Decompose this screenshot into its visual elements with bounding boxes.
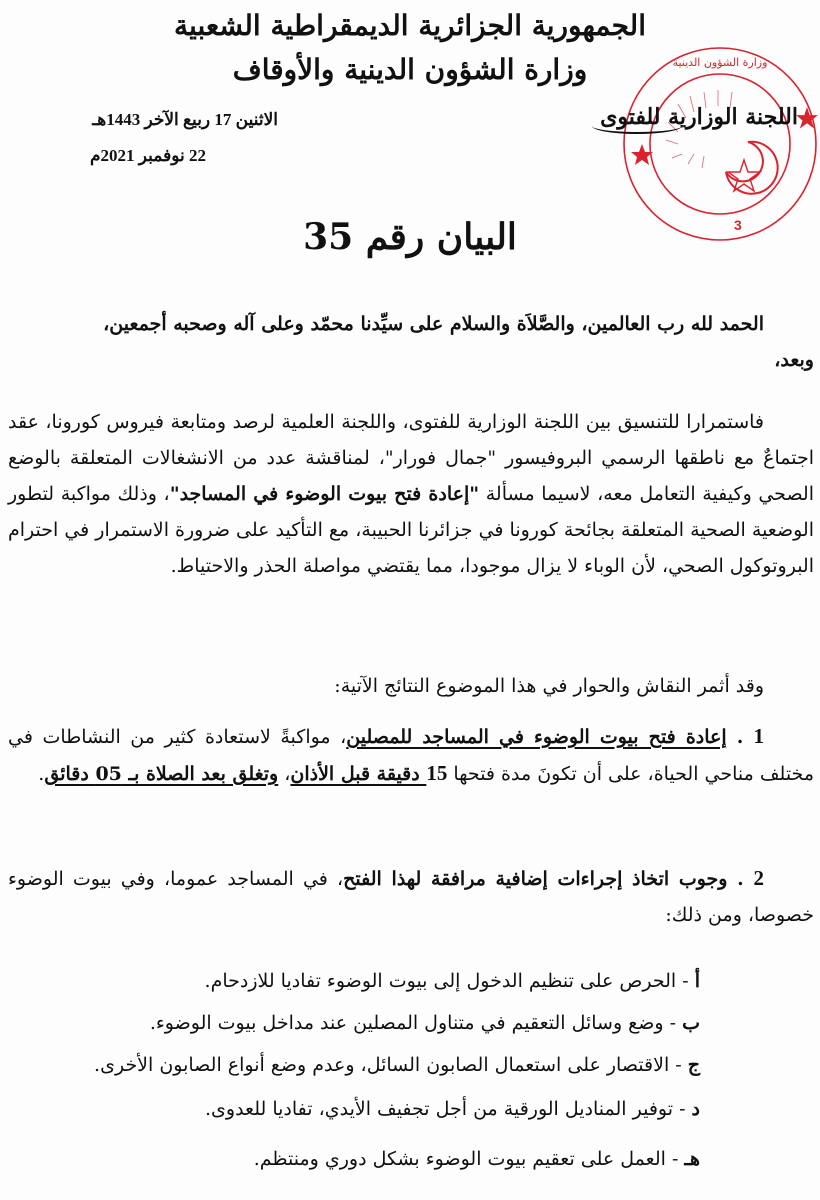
svg-text:وزارة الشؤون الدينية: وزارة الشؤون الدينية	[673, 56, 768, 69]
ministry-heading: وزارة الشؤون الدينية والأوقاف	[170, 50, 650, 90]
opening-line: الحمد لله رب العالمين، والصَّلاَة والسلا…	[8, 306, 814, 342]
statement-title: البيان رقم 35	[220, 212, 600, 262]
measure-a: أ - الحرص على تنظيم الدخول إلى بيوت الوض…	[10, 966, 760, 996]
result-2-number: 2	[754, 866, 765, 890]
opening-wabad: وبعد،	[8, 342, 814, 378]
document-page: الجمهورية الجزائرية الديمقراطية الشعبية …	[0, 0, 820, 1200]
result-2-heading: وجوب اتخاذ إجراءات إضافية مرافقة لهذا ال…	[343, 868, 727, 890]
official-stamp-icon: 3 وزارة الشؤون الدينية	[608, 44, 820, 244]
result-2: 2 . وجوب اتخاذ إجراءات إضافية مرافقة لهذ…	[8, 860, 814, 933]
opening-praise: الحمد لله رب العالمين، والصَّلاَة والسلا…	[8, 306, 814, 378]
result-1: 1 . إعادة فتح بيوت الوضوء في المساجد للم…	[8, 718, 814, 792]
result-1-number: 1	[753, 724, 764, 748]
measure-c: ج - الاقتصار على استعمال الصابون السائل،…	[10, 1050, 760, 1080]
body-paragraph: فاستمرارا للتنسيق بين اللجنة الوزارية لل…	[8, 404, 814, 584]
minutes-before-value: 15	[426, 761, 447, 785]
gregorian-date: 22 نوفمبر 2021م	[86, 146, 206, 166]
svg-text:3: 3	[734, 217, 742, 233]
result-1-reopen: إعادة فتح بيوت الوضوء في المساجد للمصلين	[346, 726, 726, 748]
close-after-prayer: وتغلق بعد الصلاة بـ 05 دقائق	[44, 763, 278, 785]
results-intro: وقد أثمر النقاش والحوار في هذا الموضوع ا…	[8, 668, 814, 704]
measure-e: هـ - العمل على تعقيم بيوت الوضوء بشكل دو…	[10, 1144, 760, 1174]
measure-d: د - توفير المناديل الورقية من أجل تجفيف …	[10, 1094, 760, 1124]
republic-heading: الجمهورية الجزائرية الديمقراطية الشعبية	[170, 6, 650, 46]
body-bold-topic: "إعادة فتح بيوت الوضوء في المساجد"	[170, 483, 479, 505]
signature-stroke	[592, 118, 682, 134]
before-adhan: دقيقة قبل الأذان	[290, 763, 426, 785]
measure-b: ب - وضع وسائل التعقيم في متناول المصلين …	[10, 1008, 760, 1038]
hijri-date: الاثنين 17 ربيع الآخر 1443هـ	[18, 110, 278, 130]
